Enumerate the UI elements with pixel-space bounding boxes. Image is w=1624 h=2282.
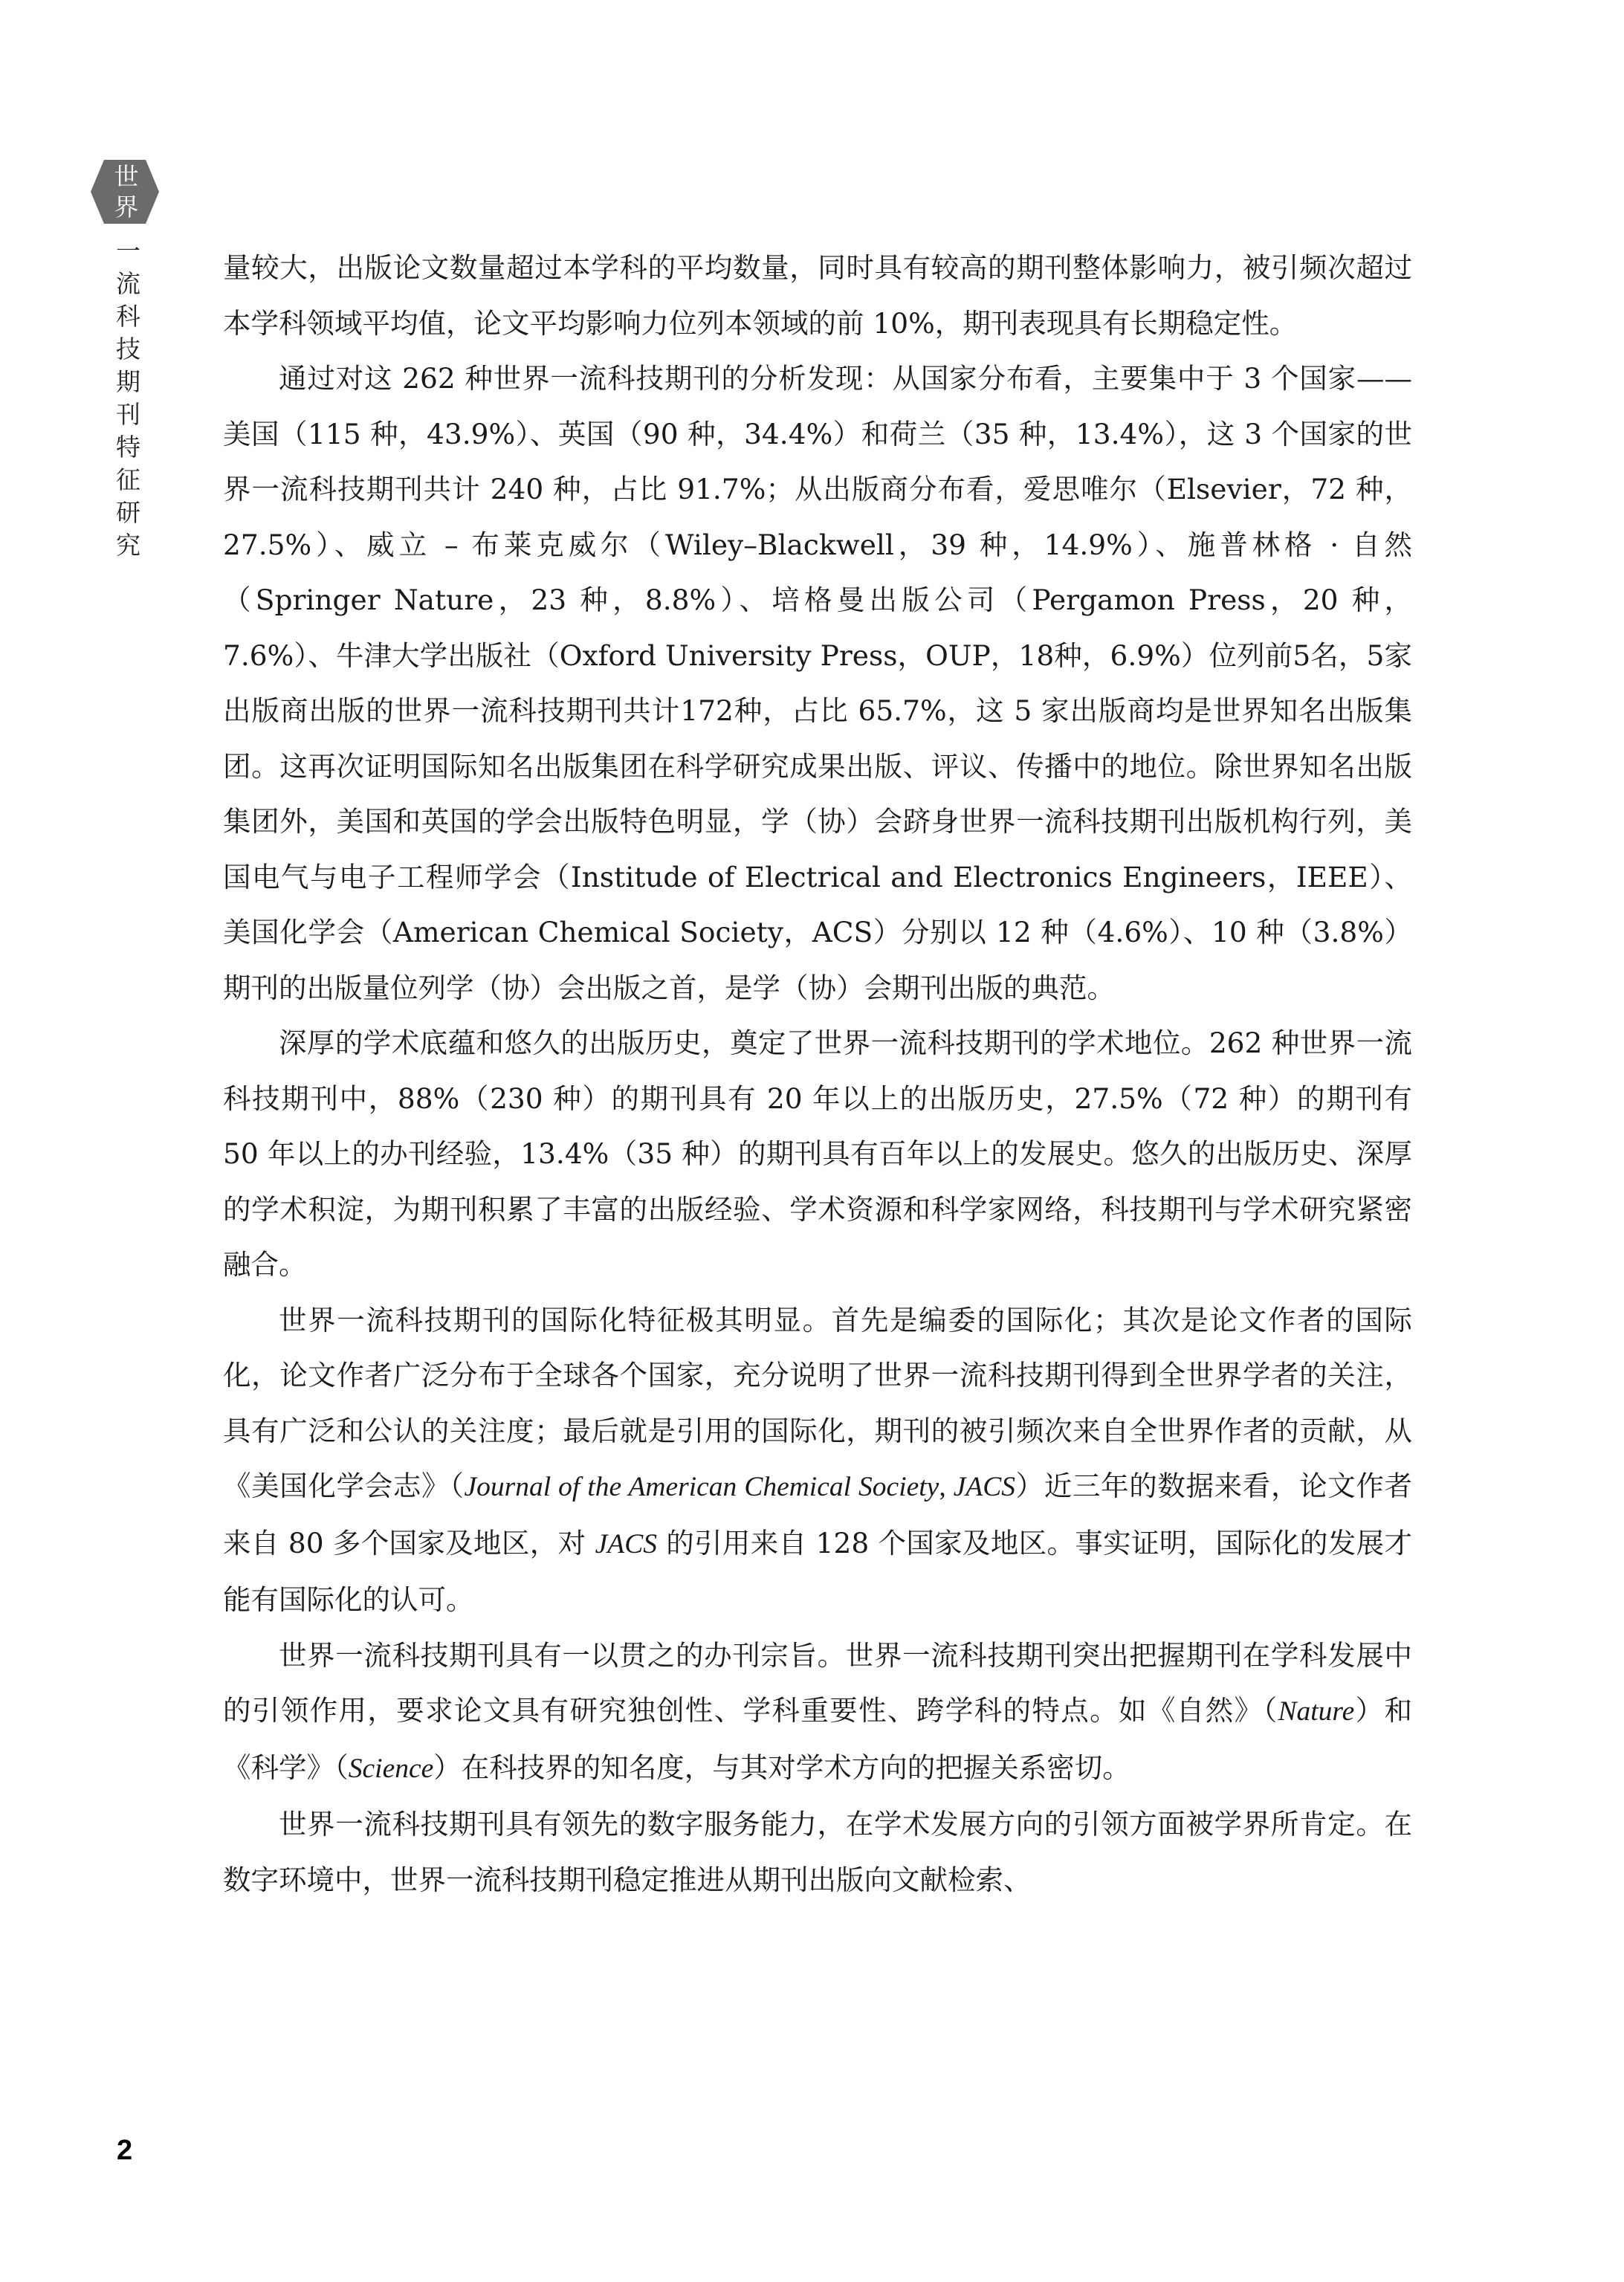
journal-science-italic: Science: [349, 1753, 434, 1784]
paragraph-4: 世界一流科技期刊的国际化特征极其明显。首先是编委的国际化；其次是论文作者的国际化…: [223, 1293, 1412, 1628]
body-text: 量较大，出版论文数量超过本学科的平均数量，同时具有较高的期刊整体影响力，被引频次…: [223, 240, 1412, 1907]
journal-abbr-italic: JACS: [954, 1472, 1015, 1502]
paragraph-3: 深厚的学术底蕴和悠久的出版历史，奠定了世界一流科技期刊的学术地位。262 种世界…: [223, 1015, 1412, 1293]
running-title-vertical: 一流科技期刊特征研究: [110, 238, 143, 565]
journal-title-italic: Journal of the American Chemical Society: [465, 1472, 939, 1502]
paragraph-2: 通过对这 262 种世界一流科技期刊的分析发现：从国家分布看，主要集中于 3 个…: [223, 351, 1412, 1015]
chapter-badge: 世界: [88, 158, 162, 225]
journal-abbr-italic: JACS: [595, 1529, 657, 1559]
badge-text: 世界: [110, 161, 143, 222]
paragraph-1: 量较大，出版论文数量超过本学科的平均数量，同时具有较高的期刊整体影响力，被引频次…: [223, 240, 1412, 351]
page-number: 2: [117, 2135, 132, 2167]
journal-nature-italic: Nature: [1278, 1696, 1354, 1727]
paragraph-6: 世界一流科技期刊具有领先的数字服务能力，在学术发展方向的引领方面被学界所肯定。在…: [223, 1797, 1412, 1907]
paragraph-5: 世界一流科技期刊具有一以贯之的办刊宗旨。世界一流科技期刊突出把握期刊在学科发展中…: [223, 1628, 1412, 1797]
